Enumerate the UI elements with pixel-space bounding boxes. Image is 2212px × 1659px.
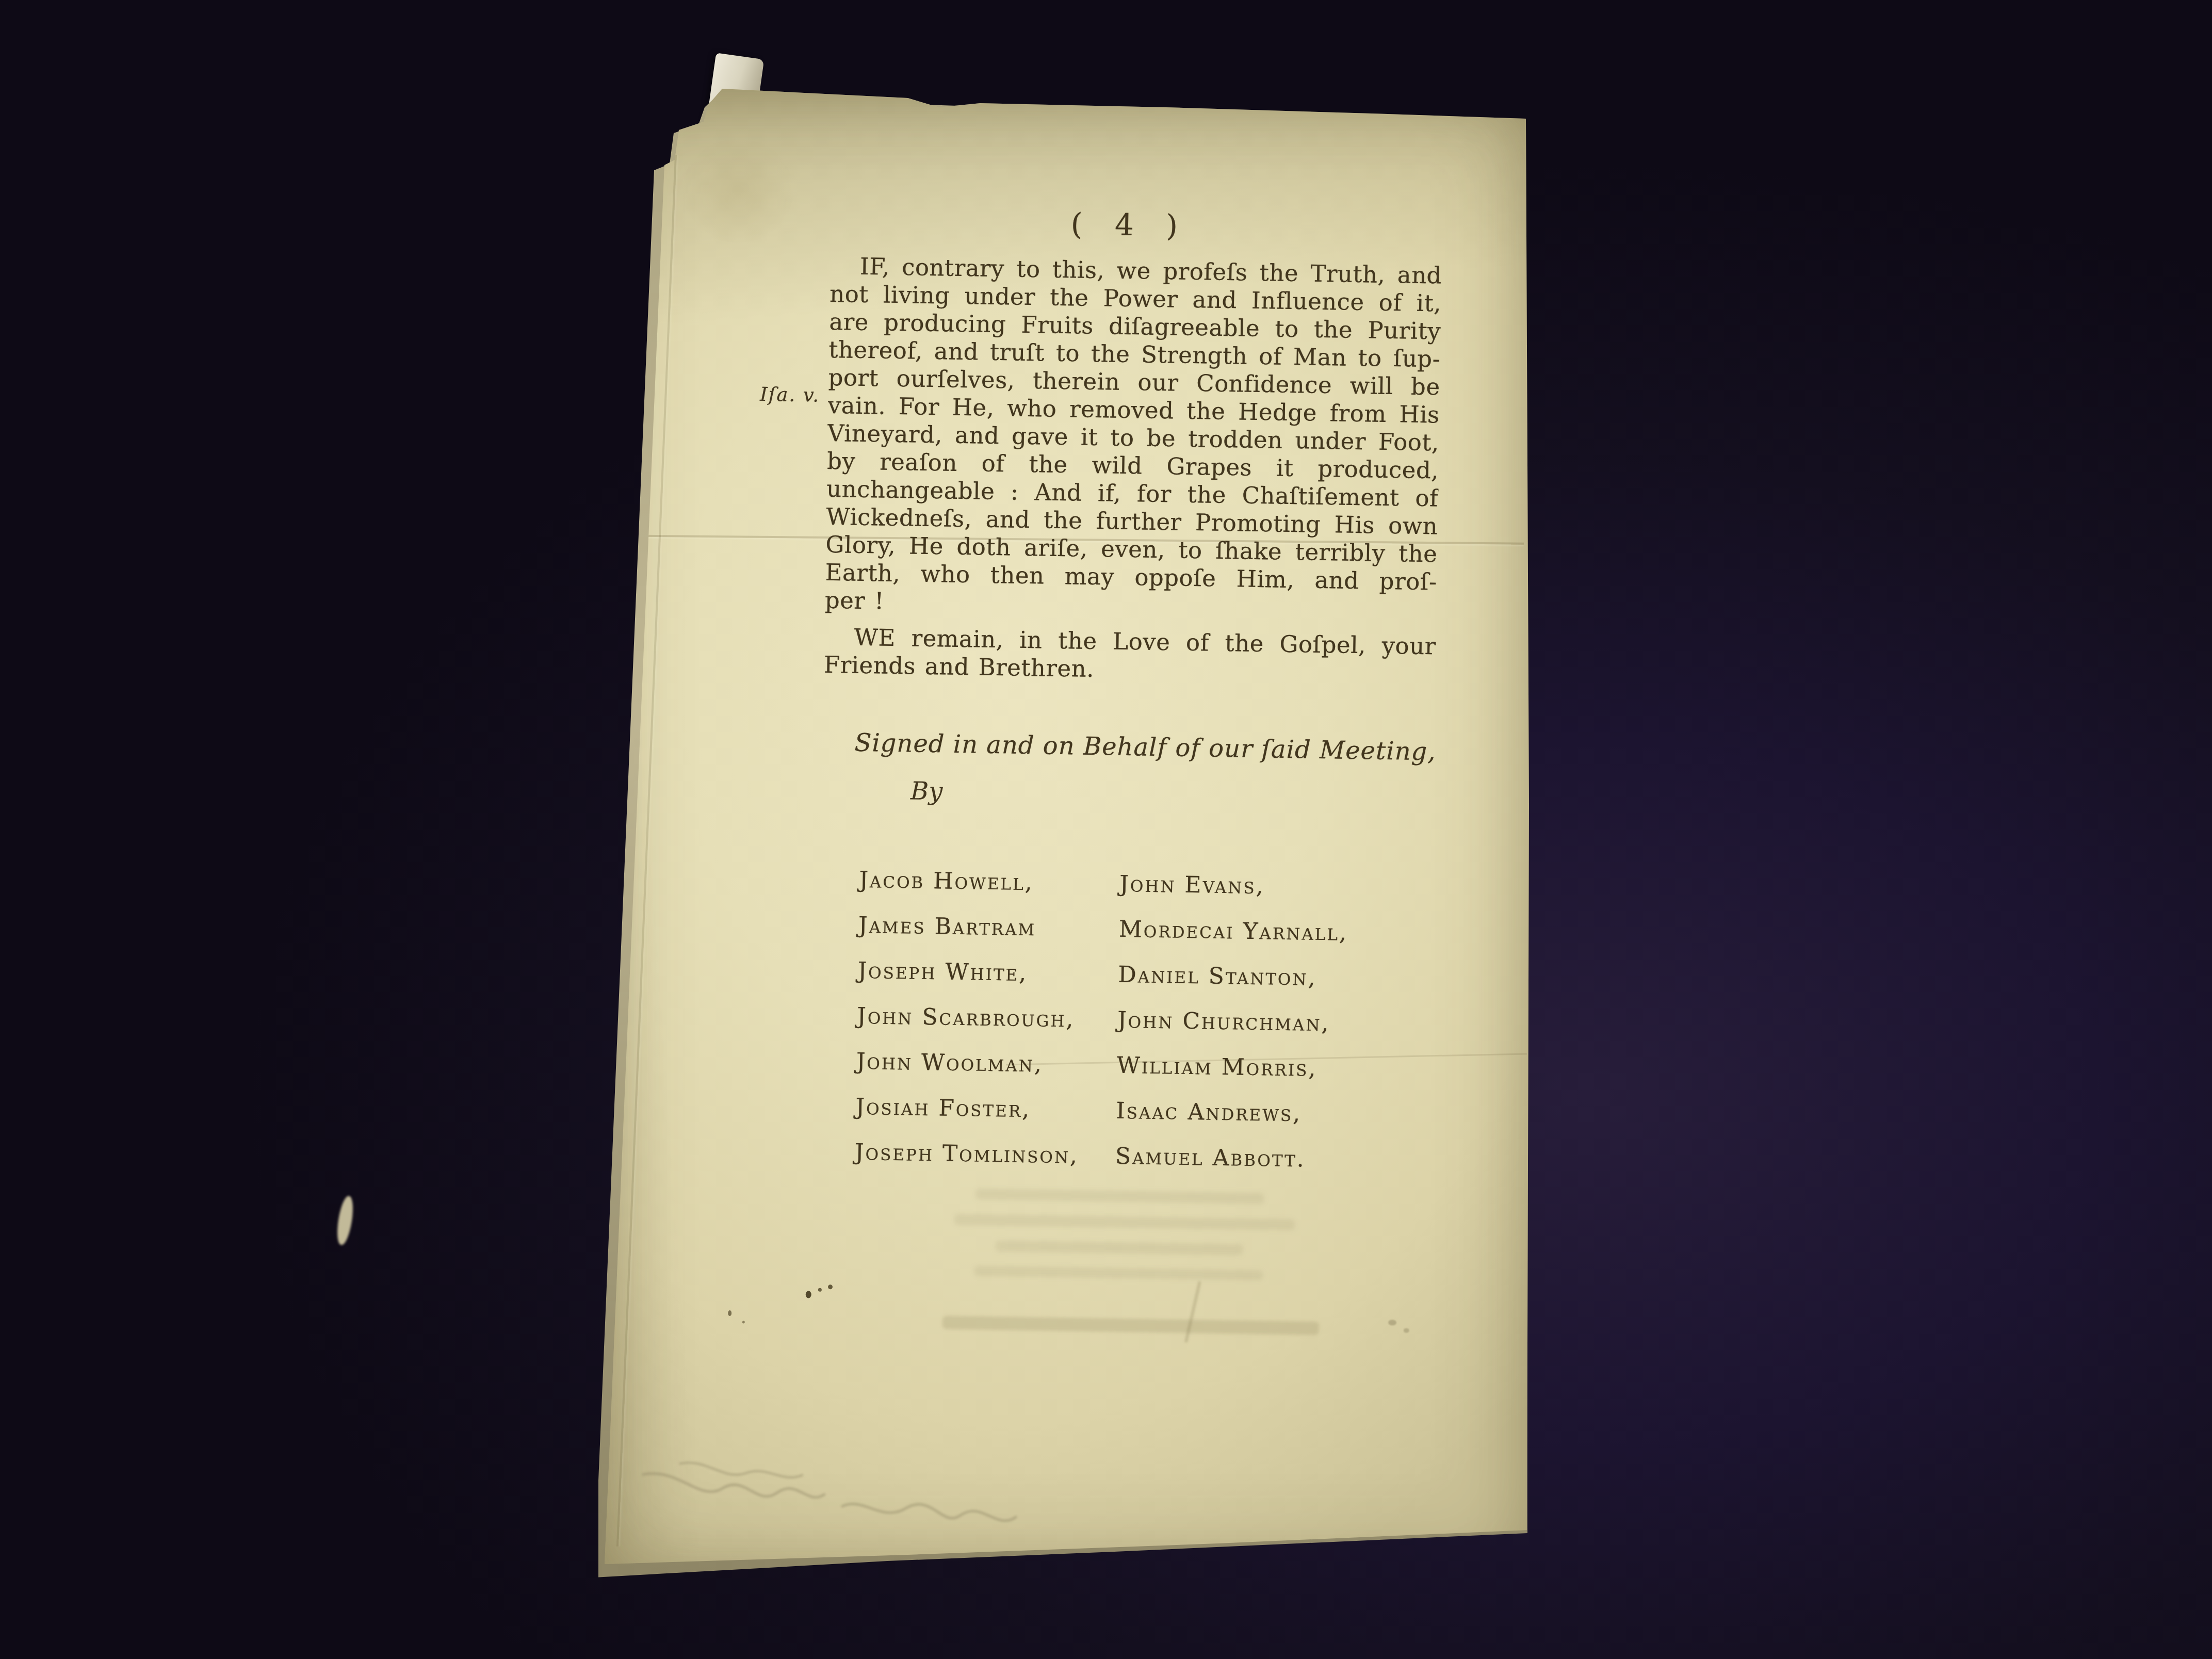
ink-speck: [818, 1288, 822, 1292]
page-number: ( 4 ): [1052, 206, 1208, 244]
signatory-name: John Evans,: [1119, 869, 1478, 920]
showthrough-text-blur: [942, 1316, 1319, 1335]
pencil-inscription: [834, 1472, 1024, 1548]
ink-speck: [806, 1291, 811, 1298]
signatory-name: Samuel Abbott.: [1115, 1141, 1474, 1192]
signatories-table: Jacob Howell, John Evans, James Bartram …: [854, 865, 1478, 1192]
photo-background: ( 4 ) Iſa. v. IF, contrary to this, we p…: [0, 0, 2212, 1659]
signatory-name: Daniel Stanton,: [1118, 959, 1477, 1011]
ink-speck: [1388, 1320, 1396, 1325]
showthrough-text-blur: [974, 1266, 1263, 1281]
showthrough-text-blur: [975, 1189, 1264, 1205]
by-label: By: [910, 777, 943, 806]
ink-speck: [728, 1310, 731, 1316]
document-page: ( 4 ) Iſa. v. IF, contrary to this, we p…: [598, 83, 1532, 1571]
showthrough-text-blur: [995, 1240, 1243, 1256]
signatory-name: Mordecai Yarnall,: [1118, 914, 1477, 965]
body-paragraph: IF, contrary to this, we profeſs the Tru…: [824, 252, 1442, 624]
signatory-name: Joseph Tomlinson,: [854, 1137, 1115, 1186]
signed-line: Signed in and on Behalf of our ſaid Meet…: [854, 728, 1443, 767]
signatory-name: Isaac Andrews,: [1115, 1096, 1474, 1147]
closing-paragraph: WE remain, in the Love of the Goſpel, yo…: [824, 623, 1437, 689]
ink-speck: [828, 1284, 833, 1289]
signatory-name: William Morris,: [1116, 1050, 1475, 1101]
paper-scrap: [335, 1195, 356, 1246]
signatory-name: John Woolman,: [856, 1046, 1117, 1096]
signatory-name: Josiah Foster,: [855, 1092, 1116, 1141]
pencil-inscription: [632, 1439, 835, 1531]
page-content: ( 4 ) Iſa. v. IF, contrary to this, we p…: [578, 75, 1535, 1578]
showthrough-text-blur: [954, 1214, 1295, 1230]
showthrough-stroke: [1184, 1281, 1201, 1343]
signatory-name: Jacob Howell,: [858, 865, 1119, 914]
signatory-name: James Bartram: [858, 910, 1119, 959]
margin-note: Iſa. v.: [760, 383, 820, 406]
signatory-name: John Churchman,: [1117, 1005, 1476, 1056]
signatory-name: John Scarbrough,: [856, 1001, 1117, 1050]
signatory-name: Joseph White,: [857, 955, 1118, 1005]
ink-speck: [742, 1321, 745, 1324]
ink-speck: [1404, 1328, 1409, 1333]
